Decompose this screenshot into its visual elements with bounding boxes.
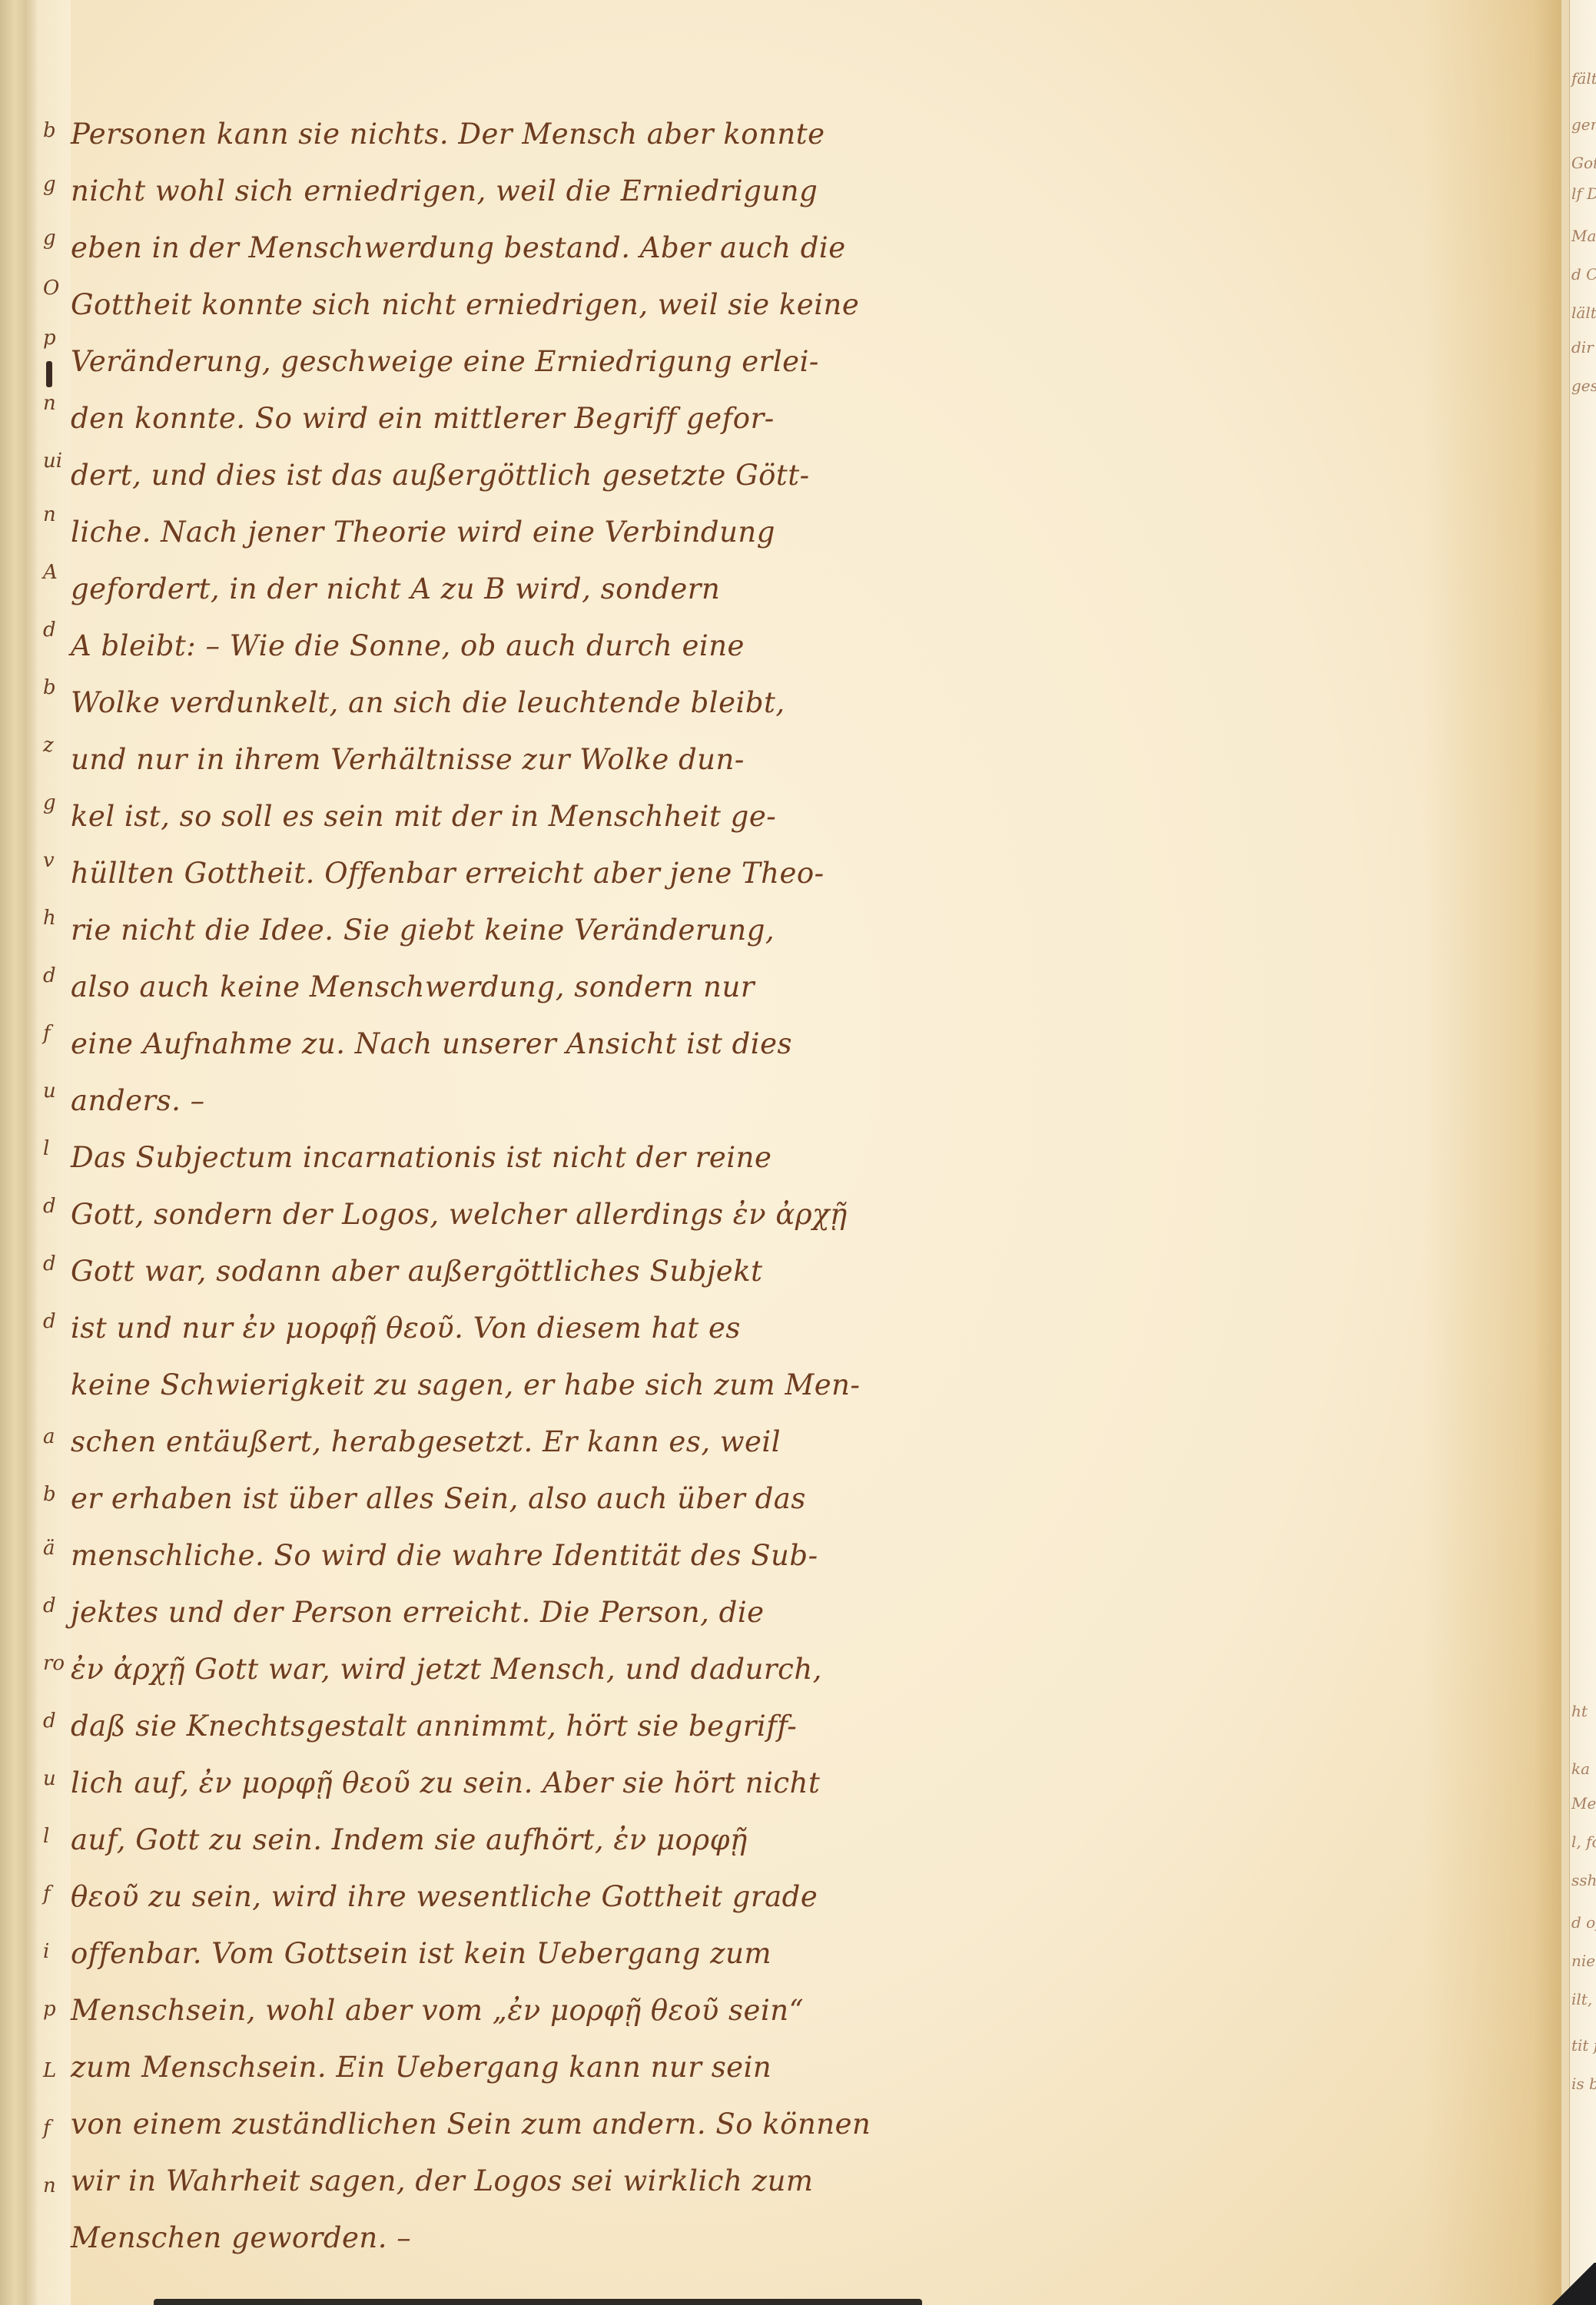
next-page-text-fragment: ssheit: [1571, 1871, 1596, 1889]
margin-note: z: [43, 734, 54, 757]
margin-note: A: [43, 561, 58, 584]
next-page-text-fragment: Me: [1571, 1794, 1596, 1812]
margin-note: b: [43, 119, 56, 142]
manuscript-line: Menschen geworden. –: [71, 2211, 411, 2265]
manuscript-line: kel ist, so soll es sein mit der in Mens…: [71, 790, 776, 844]
manuscript-line: Wolke verdunkelt, an sich die leuchtende…: [71, 676, 785, 730]
manuscript-line: und nur in ihrem Verhältnisse zur Wolke …: [71, 733, 745, 787]
page-corner-shadow: [1550, 2263, 1596, 2305]
next-page-text-fragment: ges: [1571, 376, 1596, 395]
next-page-text-fragment: Gottheit: [1571, 154, 1596, 172]
next-page-text-fragment: lält: [1571, 303, 1596, 322]
margin-note: d: [43, 619, 56, 642]
manuscript-line: gefordert, in der nicht A zu B wird, son…: [71, 562, 720, 616]
manuscript-line: auf, Gott zu sein. Indem sie aufhört, ἐν…: [71, 1813, 748, 1867]
next-page-text-fragment: l, for: [1571, 1832, 1596, 1851]
margin-note: d: [43, 1710, 56, 1733]
margin-note: h: [43, 907, 56, 930]
manuscript-line: rie nicht die Idee. Sie giebt keine Verä…: [71, 904, 775, 957]
margin-note: n: [43, 2174, 56, 2197]
margin-note: u: [43, 1767, 56, 1790]
margin-note: p: [43, 1998, 56, 2021]
margin-note: l: [43, 1137, 49, 1160]
manuscript-line: schen entäußert, herabgesetzt. Er kann e…: [71, 1415, 781, 1469]
next-page-text-fragment: fält, n: [1571, 69, 1596, 88]
next-page-text-fragment: ht: [1571, 1702, 1588, 1720]
manuscript-line: eben in der Menschwerdung bestand. Aber …: [71, 221, 846, 275]
manuscript-line: liche. Nach jener Theorie wird eine Verb…: [71, 506, 775, 559]
manuscript-line: Das Subjectum incarnationis ist nicht de…: [71, 1131, 771, 1185]
margin-note: p: [43, 327, 56, 350]
manuscript-line: Gott war, sodann aber außergöttliches Su…: [71, 1245, 763, 1298]
margin-note: n: [43, 503, 56, 526]
manuscript-line: von einem zuständlichen Sein zum andern.…: [71, 2098, 871, 2151]
manuscript-line: menschliche. So wird die wahre Identität…: [71, 1529, 818, 1583]
margin-note: ui: [43, 449, 62, 473]
manuscript-line: Gott, sondern der Logos, welcher allerdi…: [71, 1188, 848, 1242]
margin-note: d: [43, 1594, 56, 1617]
margin-note: d: [43, 964, 56, 987]
manuscript-line: also auch keine Menschwerdung, sondern n…: [71, 960, 755, 1014]
margin-note: ro: [43, 1652, 65, 1675]
next-page-text-fragment: Ma: [1571, 227, 1596, 245]
manuscript-line: Personen kann sie nichts. Der Mensch abe…: [71, 108, 825, 161]
manuscript-line: zum Menschsein. Ein Uebergang kann nur s…: [71, 2041, 771, 2094]
manuscript-line: dert, und dies ist das außergöttlich ges…: [71, 449, 810, 502]
manuscript-line: jektes und der Person erreicht. Die Pers…: [71, 1586, 765, 1640]
manuscript-line: anders. –: [71, 1074, 205, 1128]
gutter-shadow: [1423, 0, 1561, 2305]
manuscript-line: Menschsein, wohl aber vom „ἐν μορφῇ θεοῦ…: [71, 1984, 804, 2038]
margin-notes: bggOpnuinAdbzgvhdfuldddabädrodulfipLfn: [40, 0, 71, 2305]
margin-note: d: [43, 1310, 56, 1333]
manuscript-line: θεοῦ zu sein, wird ihre wesentliche Gott…: [71, 1870, 818, 1924]
manuscript-line: ἐν ἀρχῇ Gott war, wird jetzt Mensch, und…: [71, 1643, 822, 1696]
next-page-text-fragment: gemag: [1571, 115, 1596, 134]
next-page-text-fragment: d Ca: [1571, 265, 1596, 284]
manuscript-line: A bleibt: – Wie die Sonne, ob auch durch…: [71, 619, 745, 673]
margin-note: ä: [43, 1537, 55, 1560]
margin-note: b: [43, 676, 56, 699]
manuscript-line: eine Aufnahme zu. Nach unserer Ansicht i…: [71, 1017, 792, 1071]
margin-note: L: [43, 2059, 56, 2082]
manuscript-line: er erhaben ist über alles Sein, also auc…: [71, 1472, 806, 1526]
next-page-text-fragment: ka: [1571, 1759, 1590, 1778]
margin-note: O: [43, 277, 59, 300]
manuscript-line: Gottheit konnte sich nicht erniedrigen, …: [71, 278, 859, 332]
margin-note: a: [43, 1425, 55, 1448]
margin-note: u: [43, 1080, 56, 1103]
next-page-text-fragment: ilt, Ku: [1571, 1990, 1596, 2008]
bottom-shadow: [154, 2299, 922, 2305]
next-page-text-fragment: lf Da: [1571, 184, 1596, 203]
manuscript-line: nicht wohl sich erniedrigen, weil die Er…: [71, 164, 818, 218]
margin-note: d: [43, 1252, 56, 1275]
manuscript-line: ist und nur ἐν μορφῇ θεοῦ. Von diesem ha…: [71, 1302, 741, 1355]
manuscript-line: daß sie Knechtsgestalt annimmt, hört sie…: [71, 1700, 797, 1753]
next-page-text-fragment: nie f: [1571, 1952, 1596, 1970]
manuscript-line: den konnte. So wird ein mittlerer Begrif…: [71, 392, 775, 446]
margin-note: f: [43, 2117, 51, 2140]
margin-note: f: [43, 1882, 51, 1905]
manuscript-line: wir in Wahrheit sagen, der Logos sei wir…: [71, 2154, 814, 2208]
margin-note: g: [43, 173, 56, 196]
next-page-text-fragment: dir: [1571, 338, 1594, 357]
margin-note: g: [43, 227, 56, 250]
margin-note: b: [43, 1483, 56, 1506]
margin-note: d: [43, 1195, 56, 1218]
book-fore-edge: [0, 0, 37, 2305]
manuscript-line: offenbar. Vom Gottsein ist kein Uebergan…: [71, 1927, 771, 1981]
margin-note: v: [43, 849, 55, 872]
margin-note: l: [43, 1825, 49, 1848]
manuscript-line: hüllten Gottheit. Offenbar erreicht aber…: [71, 847, 825, 900]
next-page-text-fragment: tit fi: [1571, 2036, 1596, 2055]
next-page-edge: fält, ngemagGottheitlf DaMad Calältdirge…: [1569, 0, 1596, 2305]
margin-note: n: [43, 392, 56, 415]
manuscript-line: Veränderung, geschweige eine Erniedrigun…: [71, 335, 819, 389]
manuscript-line: keine Schwierigkeit zu sagen, er habe si…: [71, 1358, 860, 1412]
margin-note: g: [43, 791, 56, 814]
margin-note: i: [43, 1940, 49, 1963]
next-page-text-fragment: d ofs: [1571, 1913, 1596, 1932]
manuscript-line: lich auf, ἐν μορφῇ θεοῦ zu sein. Aber si…: [71, 1756, 820, 1810]
margin-note: f: [43, 1022, 51, 1045]
next-page-text-fragment: is bu: [1571, 2074, 1596, 2093]
